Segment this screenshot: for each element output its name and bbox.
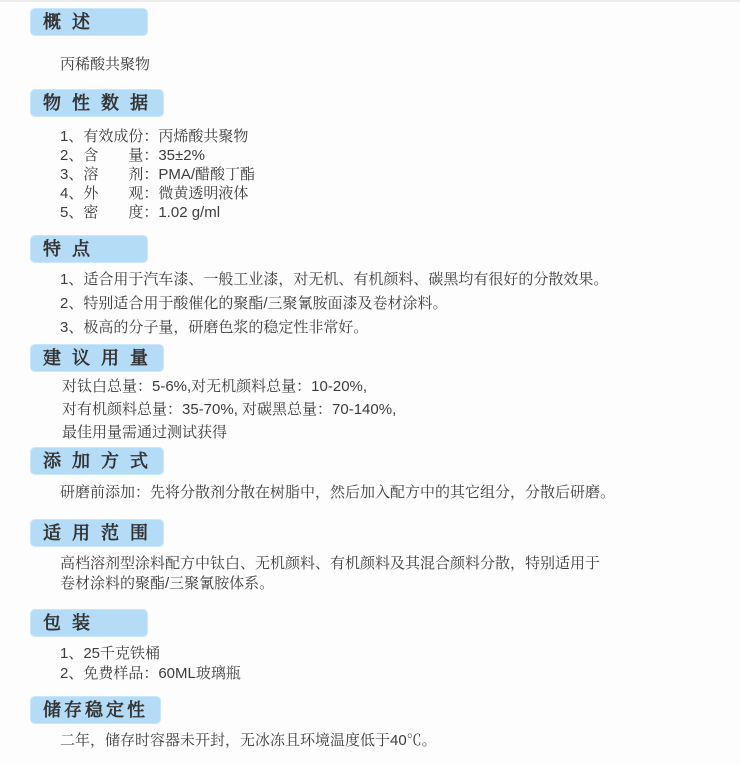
storage-stability-content: 二年，储存时容器未开封，无冰冻且环境温度低于40℃。 [60, 731, 702, 751]
features-heading-badge: 特 点 [30, 235, 148, 263]
application-scope-line: 卷材涂料的聚酯/三聚氰胺体系。 [60, 574, 702, 594]
recommended-dosage-heading-badge: 建 议 用 量 [30, 344, 164, 372]
physical-data-item: 1、有效成份：丙烯酸共聚物 [60, 127, 702, 146]
overview-content: 丙稀酸共聚物 [60, 55, 702, 75]
addition-method-content: 研磨前添加：先将分散剂分散在树脂中，然后加入配方中的其它组分，分散后研磨。 [60, 483, 702, 503]
addition-method-heading-badge: 添 加 方 式 [30, 447, 164, 475]
physical-data-item: 2、含 量：35±2% [60, 146, 702, 165]
application-scope-heading-badge: 适 用 范 围 [30, 519, 164, 547]
section-features: 特 点 1、适合用于汽车漆、一般工业漆，对无机、有机颜料、碳黑均有很好的分散效果… [0, 222, 740, 340]
overview-line: 丙稀酸共聚物 [60, 55, 702, 75]
section-recommended-dosage: 建 议 用 量 对钛白总量：5-6%,对无机颜料总量：10-20%, 对有机颜料… [0, 340, 740, 444]
features-item: 1、适合用于汽车漆、一般工业漆，对无机、有机颜料、碳黑均有很好的分散效果。 [60, 268, 702, 292]
section-application-scope: 适 用 范 围 高档溶剂型涂料配方中钛白、无机颜料、有机颜料及其混合颜料分散，特… [0, 503, 740, 594]
storage-stability-heading-label: 储存稳定性 [43, 700, 148, 720]
application-scope-heading-label: 适 用 范 围 [43, 523, 151, 543]
physical-data-item: 5、密 度：1.02 g/ml [60, 203, 702, 222]
addition-method-line: 研磨前添加：先将分散剂分散在树脂中，然后加入配方中的其它组分，分散后研磨。 [60, 483, 702, 503]
packaging-heading-label: 包 装 [43, 613, 93, 633]
physical-data-heading-label: 物 性 数 据 [43, 93, 151, 113]
overview-heading-label: 概 述 [43, 12, 93, 32]
recommended-dosage-content: 对钛白总量：5-6%,对无机颜料总量：10-20%, 对有机颜料总量：35-70… [62, 375, 702, 444]
section-overview: 概 述 丙稀酸共聚物 [0, 2, 740, 75]
dosage-line: 对有机颜料总量：35-70%, 对碳黑总量：70-140%, [62, 398, 702, 421]
product-datasheet-page: 概 述 丙稀酸共聚物 物 性 数 据 1、有效成份：丙烯酸共聚物 2、含 量：3… [0, 0, 740, 765]
packaging-content: 1、25千克铁桶 2、免费样品：60ML玻璃瓶 [60, 644, 702, 684]
recommended-dosage-heading-label: 建 议 用 量 [43, 348, 151, 368]
physical-data-heading-badge: 物 性 数 据 [30, 89, 164, 117]
packaging-heading-badge: 包 装 [30, 609, 148, 637]
section-addition-method: 添 加 方 式 研磨前添加：先将分散剂分散在树脂中，然后加入配方中的其它组分，分… [0, 444, 740, 503]
features-item: 2、特别适合用于酸催化的聚酯/三聚氰胺面漆及卷材涂料。 [60, 292, 702, 316]
section-physical-data: 物 性 数 据 1、有效成份：丙烯酸共聚物 2、含 量：35±2% 3、溶 剂：… [0, 75, 740, 222]
dosage-line: 最佳用量需通过测试获得 [62, 421, 702, 444]
physical-data-item: 4、外 观：微黄透明液体 [60, 184, 702, 203]
overview-heading-badge: 概 述 [30, 8, 148, 36]
packaging-item: 1、25千克铁桶 [60, 644, 702, 664]
packaging-item: 2、免费样品：60ML玻璃瓶 [60, 664, 702, 684]
physical-data-content: 1、有效成份：丙烯酸共聚物 2、含 量：35±2% 3、溶 剂：PMA/醋酸丁酯… [60, 127, 702, 222]
storage-stability-heading-badge: 储存稳定性 [30, 696, 161, 724]
storage-stability-line: 二年，储存时容器未开封，无冰冻且环境温度低于40℃。 [60, 731, 702, 751]
features-heading-label: 特 点 [43, 239, 93, 259]
application-scope-content: 高档溶剂型涂料配方中钛白、无机颜料、有机颜料及其混合颜料分散，特别适用于 卷材涂… [60, 554, 702, 594]
physical-data-item: 3、溶 剂：PMA/醋酸丁酯 [60, 165, 702, 184]
dosage-line: 对钛白总量：5-6%,对无机颜料总量：10-20%, [62, 375, 702, 398]
section-storage-stability: 储存稳定性 二年，储存时容器未开封，无冰冻且环境温度低于40℃。 [0, 684, 740, 751]
addition-method-heading-label: 添 加 方 式 [43, 451, 151, 471]
section-packaging: 包 装 1、25千克铁桶 2、免费样品：60ML玻璃瓶 [0, 594, 740, 684]
features-content: 1、适合用于汽车漆、一般工业漆，对无机、有机颜料、碳黑均有很好的分散效果。 2、… [60, 268, 702, 340]
features-item: 3、极高的分子量，研磨色浆的稳定性非常好。 [60, 316, 702, 340]
application-scope-line: 高档溶剂型涂料配方中钛白、无机颜料、有机颜料及其混合颜料分散，特别适用于 [60, 554, 702, 574]
